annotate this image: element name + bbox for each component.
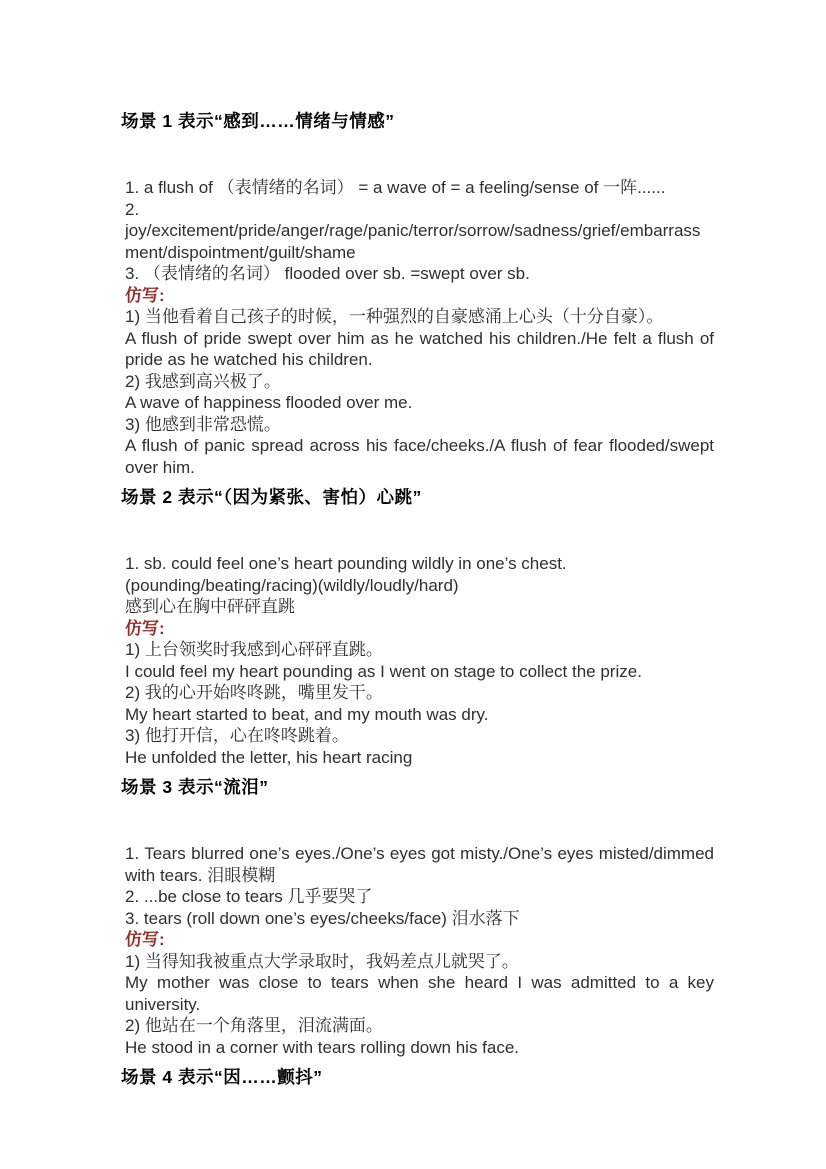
example-prompt-cn: 2) 我感到高兴极了。 bbox=[125, 371, 714, 393]
pattern-item: 1. a flush of （表情绪的名词） = a wave of = a f… bbox=[125, 177, 714, 199]
example-prompt-cn: 2) 我的心开始咚咚跳，嘴里发干。 bbox=[125, 682, 714, 704]
example-sentence-en: My heart started to beat, and my mouth w… bbox=[125, 704, 714, 726]
example-prompt-cn: 1) 当得知我被重点大学录取时，我妈差点儿就哭了。 bbox=[125, 951, 714, 973]
example-sentence-en: A flush of pride swept over him as he wa… bbox=[125, 328, 714, 371]
pattern-item: 2. bbox=[125, 199, 714, 221]
mimic-writing-label: 仿写: bbox=[125, 618, 714, 640]
example-sentence-en: A flush of panic spread across his face/… bbox=[125, 435, 714, 478]
section-heading: 场景 3 表示“流泪” bbox=[121, 777, 714, 797]
section-heading: 场景 2 表示“（因为紧张、害怕）心跳” bbox=[121, 487, 714, 507]
document-page: 场景 1 表示“感到……情绪与情感” 1. a flush of （表情绪的名词… bbox=[0, 0, 826, 1169]
mimic-writing-label: 仿写: bbox=[125, 929, 714, 951]
example-prompt-cn: 1) 当他看着自己孩子的时候，一种强烈的自豪感涌上心头（十分自豪）。 bbox=[125, 306, 714, 328]
emotion-noun-list: joy/excitement/pride/anger/rage/panic/te… bbox=[125, 220, 714, 263]
section-scene-3: 场景 3 表示“流泪” 1. Tears blurred one’s eyes.… bbox=[125, 777, 714, 1058]
mimic-writing-label: 仿写: bbox=[125, 285, 714, 307]
example-prompt-cn: 2) 他站在一个角落里，泪流满面。 bbox=[125, 1015, 714, 1037]
example-prompt-cn: 1) 上台领奖时我感到心砰砰直跳。 bbox=[125, 639, 714, 661]
example-sentence-en: He unfolded the letter, his heart racing bbox=[125, 747, 714, 769]
example-prompt-cn: 3) 他打开信，心在咚咚跳着。 bbox=[125, 725, 714, 747]
section-scene-2: 场景 2 表示“（因为紧张、害怕）心跳” 1. sb. could feel o… bbox=[125, 487, 714, 768]
pattern-item: 1. Tears blurred one’s eyes./One’s eyes … bbox=[125, 843, 714, 886]
section-scene-4: 场景 4 表示“因……颤抖” bbox=[125, 1067, 714, 1087]
section-body: 1. sb. could feel one’s heart pounding w… bbox=[125, 553, 714, 768]
pattern-item: 感到心在胸中砰砰直跳 bbox=[125, 596, 714, 618]
example-sentence-en: My mother was close to tears when she he… bbox=[125, 972, 714, 1015]
section-scene-1: 场景 1 表示“感到……情绪与情感” 1. a flush of （表情绪的名词… bbox=[125, 111, 714, 478]
section-body: 1. Tears blurred one’s eyes./One’s eyes … bbox=[125, 843, 714, 1058]
pattern-item: 3. （表情绪的名词） flooded over sb. =swept over… bbox=[125, 263, 714, 285]
pattern-item: (pounding/beating/racing)(wildly/loudly/… bbox=[125, 575, 714, 597]
pattern-item: 2. ...be close to tears 几乎要哭了 bbox=[125, 886, 714, 908]
pattern-item: 1. sb. could feel one’s heart pounding w… bbox=[125, 553, 714, 575]
example-prompt-cn: 3) 他感到非常恐慌。 bbox=[125, 414, 714, 436]
example-sentence-en: A wave of happiness flooded over me. bbox=[125, 392, 714, 414]
pattern-item: 3. tears (roll down one’s eyes/cheeks/fa… bbox=[125, 908, 714, 930]
section-heading: 场景 1 表示“感到……情绪与情感” bbox=[121, 111, 714, 131]
section-body: 1. a flush of （表情绪的名词） = a wave of = a f… bbox=[125, 177, 714, 478]
example-sentence-en: I could feel my heart pounding as I went… bbox=[125, 661, 714, 683]
example-sentence-en: He stood in a corner with tears rolling … bbox=[125, 1037, 714, 1059]
section-heading: 场景 4 表示“因……颤抖” bbox=[121, 1067, 714, 1087]
